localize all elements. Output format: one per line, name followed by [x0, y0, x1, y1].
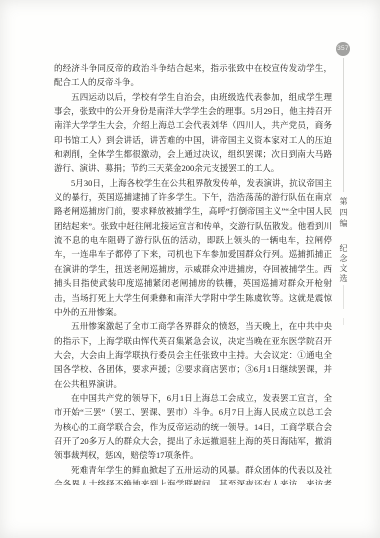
- paragraph: 五卅惨案激起了全市工商学各界群众的愤怒，当天晚上，在中共中央的指示下，上海学联由…: [54, 319, 332, 391]
- sidebar-rule-bottom: [343, 285, 344, 309]
- book-page: 357 第四编 纪念文选 的经济斗争同反帝的政治斗争结合起来，指示张致中在校宣传…: [0, 0, 380, 538]
- paragraph-continuation: 的经济斗争同反帝的政治斗争结合起来，指示张致中在校宣传发动学生，配合工人的反帝斗…: [54, 61, 332, 90]
- sidebar-rule-top: [343, 58, 344, 192]
- paragraph: 在中国共产党的领导下，6月1日上海总工会成立，发表罢工宣言，全市开始“三罢”（罢…: [54, 391, 332, 463]
- sidebar-rule-tick: [343, 318, 344, 325]
- page-number: 357: [337, 45, 349, 52]
- article-body: 的经济斗争同反帝的政治斗争结合起来，指示张致中在校宣传发动学生，配合工人的反帝斗…: [54, 61, 332, 485]
- part-label: 第四编: [338, 197, 349, 230]
- paragraph: 死难青年学生的鲜血掀起了五卅运动的风暴。群众团体的代表以及社会各界人士络绎不绝地…: [54, 463, 332, 485]
- page-number-badge: 357: [336, 42, 350, 56]
- paragraph: 五四运动以后，学校有学生自治会，由班级选代表参加，组成学生理事会，张致中的公开身…: [54, 90, 332, 176]
- paragraph: 5月30日，上海各校学生在公共租界散发传单，发表演讲，抗议帝国主义的暴行，英国巡…: [54, 176, 332, 319]
- section-label: 纪念文选: [338, 244, 349, 284]
